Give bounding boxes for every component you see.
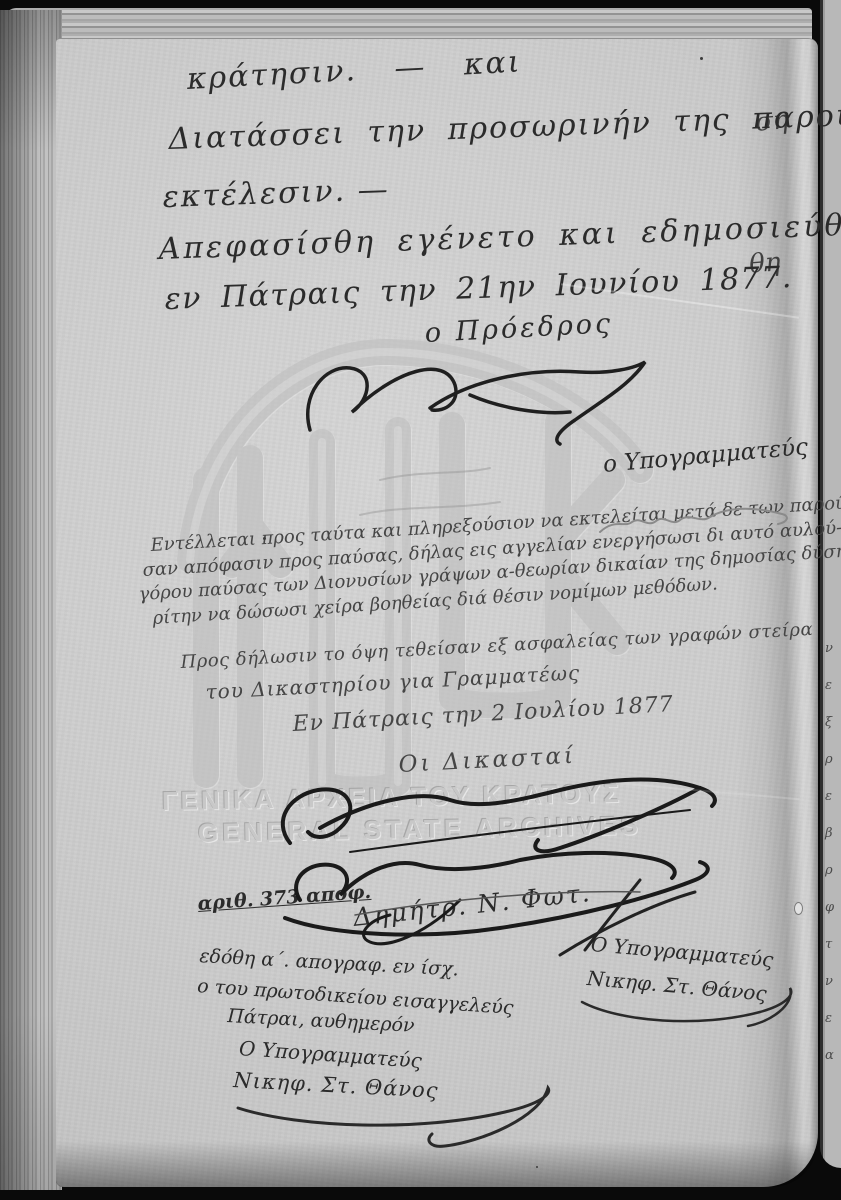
paper-nick (794, 902, 803, 915)
judge-signature-2 (285, 853, 708, 944)
signature-strokes-layer (0, 0, 841, 1200)
judge-signature-1 (283, 780, 715, 852)
paper-speck-1 (700, 57, 703, 60)
ghost-ink-strokes (360, 468, 500, 515)
paper-speck-2 (263, 537, 266, 540)
right-signature-swash (582, 988, 791, 1026)
faint-undersecretary-signature (600, 509, 787, 532)
registrar-signature-swash (238, 1088, 549, 1146)
president-signature (308, 362, 645, 444)
archive-scan-photo: ΓΕΝΙΚΑ ΑΡΧΕΙΑ ΤΟΥ ΚΡΑΤΟΥΣ GENERAL STATE … (0, 0, 841, 1200)
paper-speck-3 (536, 1166, 538, 1168)
clerk-signature-strokes (355, 880, 695, 955)
